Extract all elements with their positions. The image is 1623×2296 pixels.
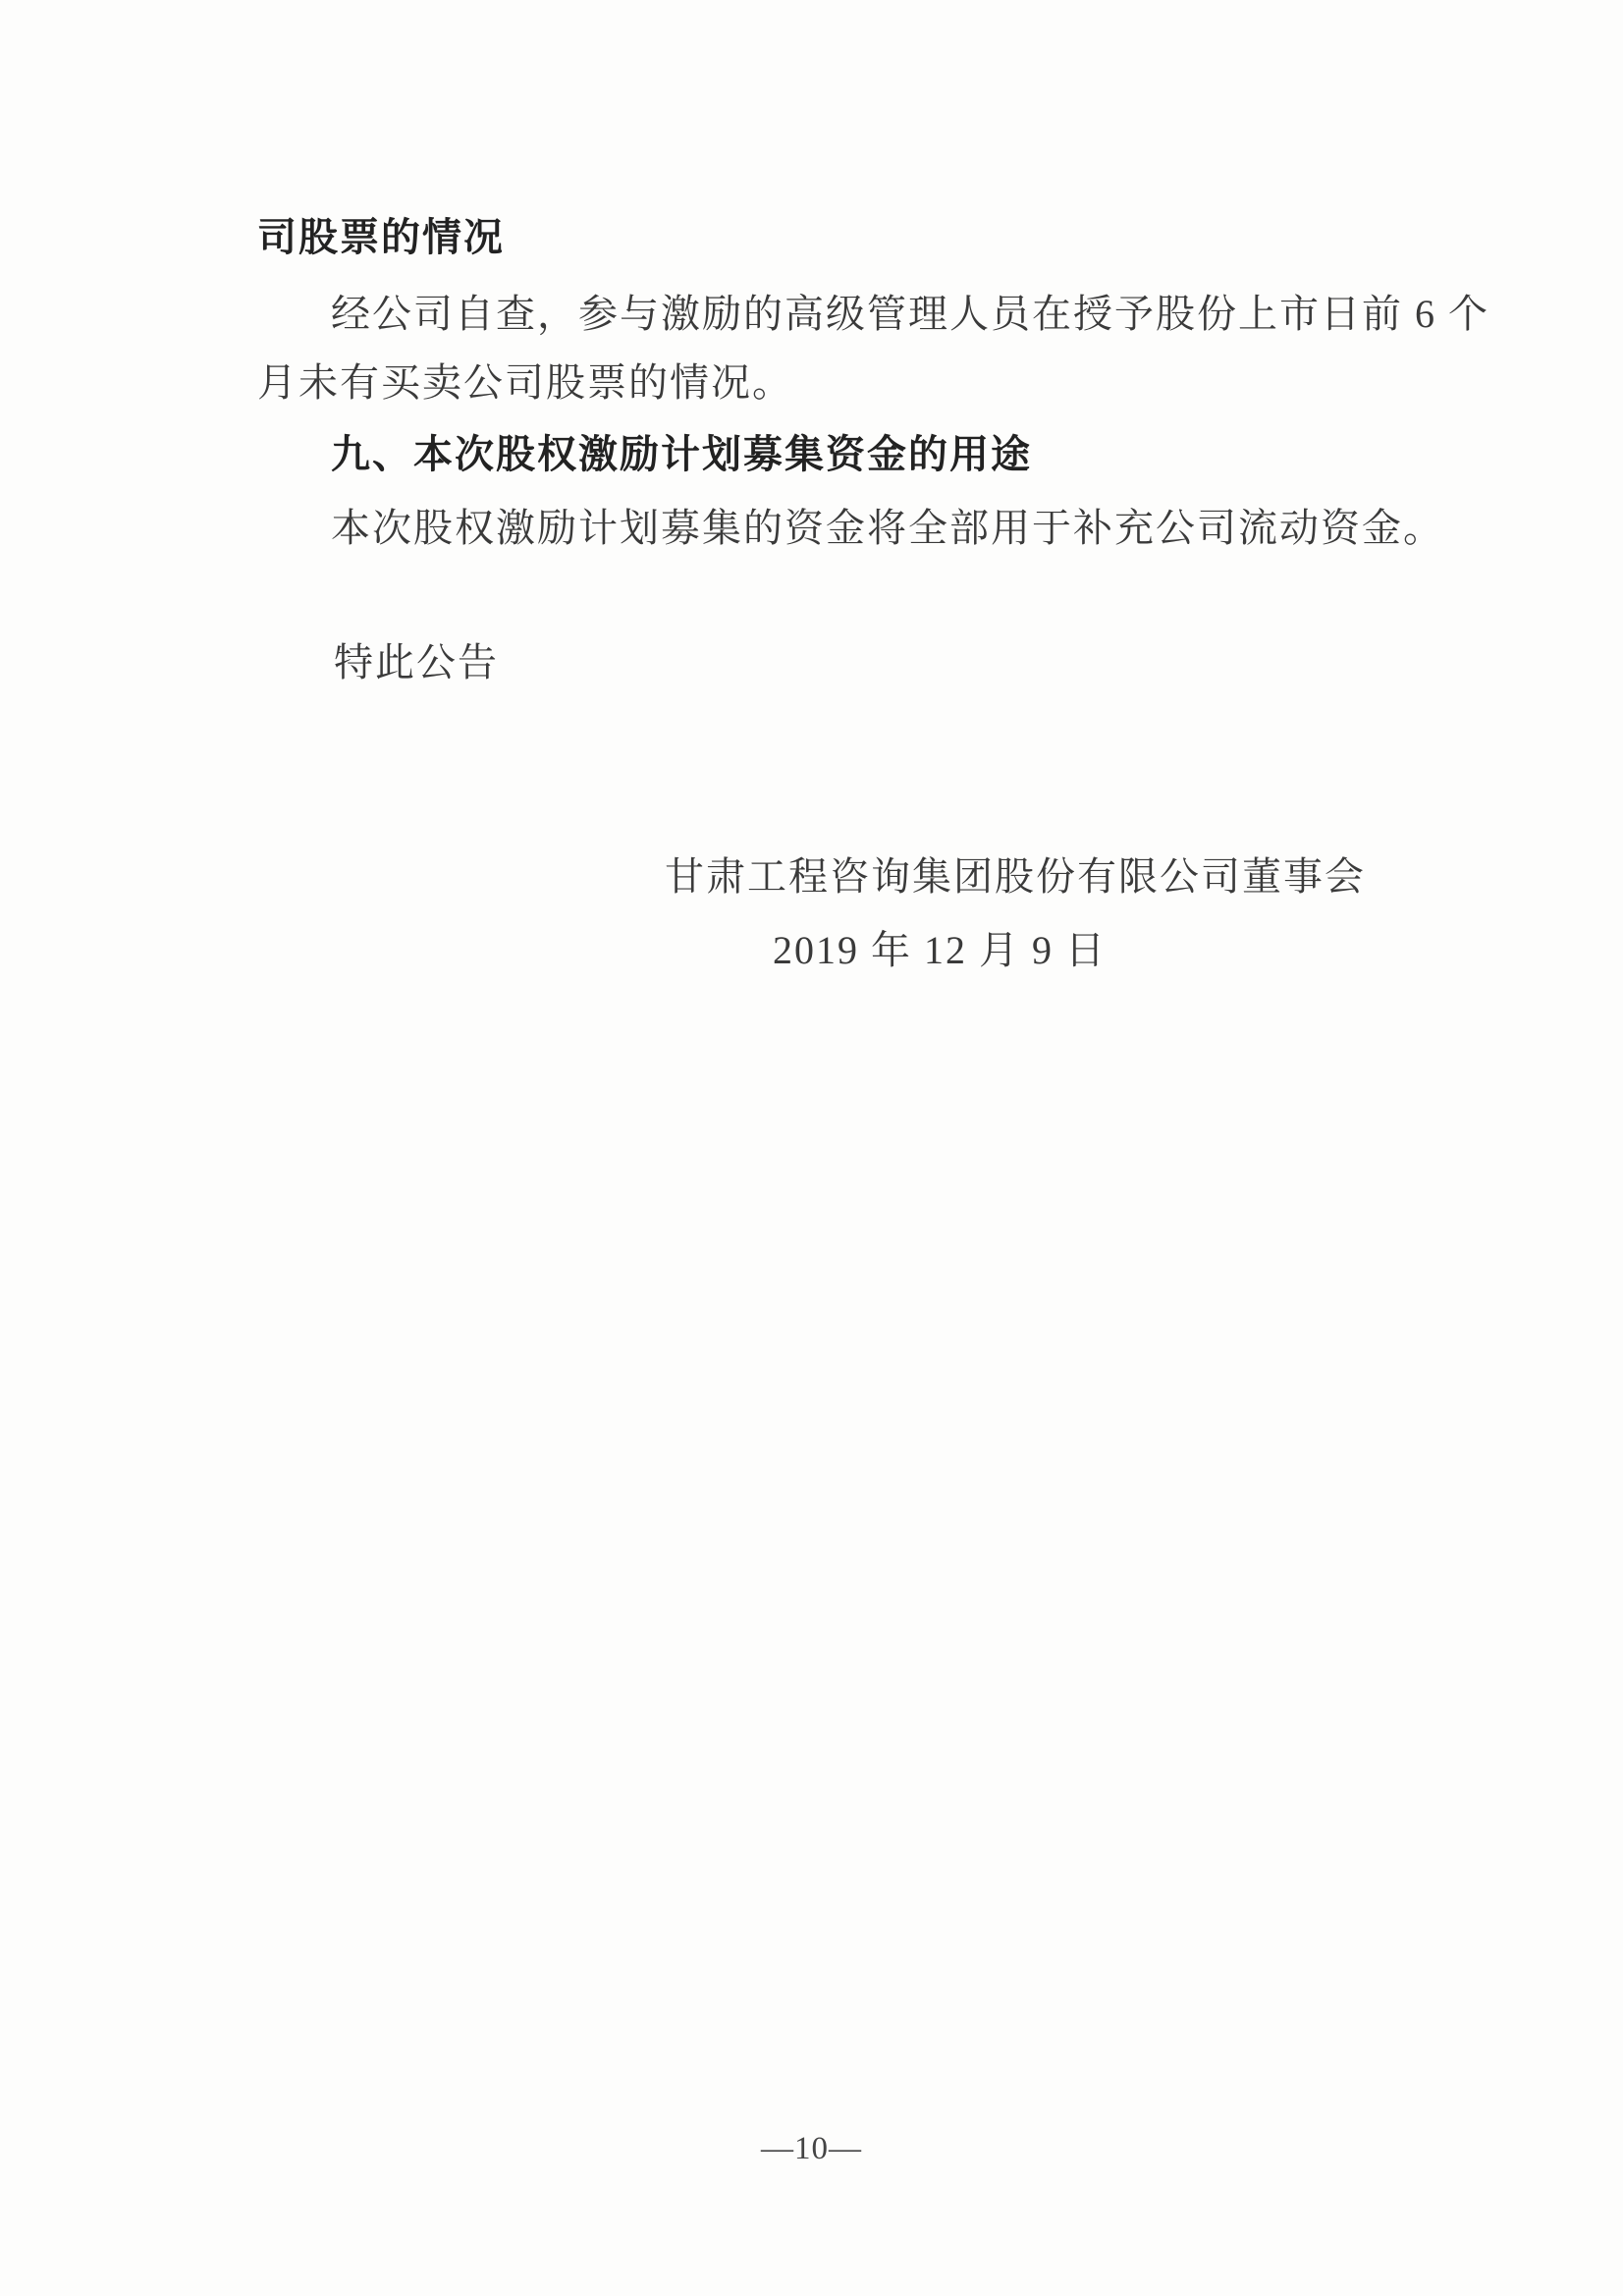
- scanned-document-page: 司股票的情况 经公司自查，参与激励的高级管理人员在授予股份上市日前 6 个 月未…: [0, 0, 1623, 2296]
- closing-announcement-line: 特此公告: [334, 643, 499, 683]
- paragraph-self-check-line-1: 经公司自查，参与激励的高级管理人员在授予股份上市日前 6 个: [331, 295, 1489, 334]
- company-board-signature: 甘肃工程咨询集团股份有限公司董事会: [665, 857, 1366, 897]
- announcement-date: 2019 年 12 月 9 日: [773, 931, 1107, 970]
- page-number: —10—: [0, 2133, 1623, 2165]
- section-nine-paragraph: 本次股权激励计划募集的资金将全部用于补充公司流动资金。: [331, 509, 1444, 548]
- section-nine-heading: 九、本次股权激励计划募集资金的用途: [331, 435, 1032, 474]
- paragraph-self-check-line-2: 月未有买卖公司股票的情况。: [257, 363, 793, 403]
- heading-continuation-line: 司股票的情况: [257, 218, 505, 257]
